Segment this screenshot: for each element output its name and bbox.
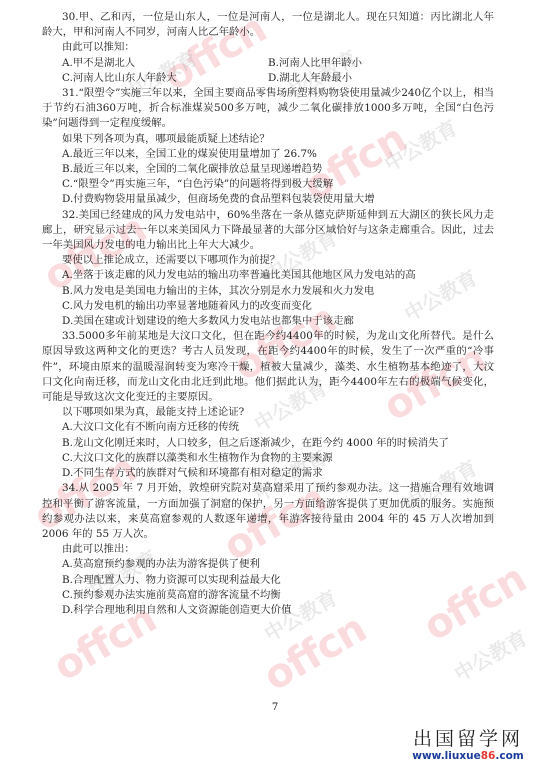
- option-c: C.风力发电机的输出功率显著地随着风力的改变而变化: [42, 299, 494, 314]
- question-stem: 31.“限塑令”实施三年以来，全国主要商品零售场所塑料购物袋使用量减少240亿个…: [42, 86, 494, 132]
- question-30: 30.甲、乙和丙，一位是山东人，一位是河南人，一位是湖北人。现在只知道：丙比湖北…: [42, 10, 494, 86]
- option-row: A.甲不是湖北人 B.河南人比甲年龄小: [42, 56, 494, 71]
- option-d: D.付费购物袋用量虽减少，但商场免费的食品塑料包装袋使用量大增: [42, 192, 494, 207]
- logo-url-prefix: www.liuxue: [412, 750, 480, 762]
- option-d: D.湖北人年龄最小: [268, 71, 474, 86]
- question-33: 33.5000多年前某地是大汶口文化，但在距今约4400年的时候，为龙山文化所替…: [42, 329, 494, 481]
- option-c: C.“限塑令”再实施三年，“白色污染”的问题将得到极大缓解: [42, 177, 494, 192]
- option-c: C.河南人比山东人年龄大: [62, 71, 268, 86]
- question-prompt: 由此可以推出：: [42, 542, 494, 557]
- option-c: C.大汶口文化的族群以藻类和水生植物作为食物的主要来源: [42, 451, 494, 466]
- logo-url-number: 86: [481, 750, 496, 762]
- option-d: D.科学合理地利用自然和人文资源能创造更大价值: [42, 603, 494, 618]
- question-stem: 34.从 2005 年 7 月开始，敦煌研究院对莫高窟采用了预约参观办法。这一措…: [42, 481, 494, 542]
- option-b: B.风力发电是美国电力输出的主体，其次分别是水力发展和火力发电: [42, 284, 494, 299]
- option-a: A.甲不是湖北人: [62, 56, 268, 71]
- logo-title: 出国留学网: [393, 728, 543, 750]
- option-b: B.河南人比甲年龄小: [268, 56, 474, 71]
- logo-url[interactable]: www.liuxue86.com: [393, 750, 543, 762]
- question-34: 34.从 2005 年 7 月开始，敦煌研究院对莫高窟采用了预约参观办法。这一措…: [42, 481, 494, 618]
- option-d: D.美国在建或计划建设的绝大多数风力发电站也都集中于该走廊: [42, 314, 494, 329]
- question-stem: 32.美国已经建成的风力发电站中，60%坐落在一条从德克萨斯延伸到五大湖区的狭长…: [42, 208, 494, 254]
- option-a: A.大汶口文化有不断向南方迁移的传统: [42, 420, 494, 435]
- option-c: C.预约参观办法实施前莫高窟的游客流量不均衡: [42, 588, 494, 603]
- option-a: A.莫高窟预约参观的办法为游客提供了便利: [42, 557, 494, 572]
- question-32: 32.美国已经建成的风力发电站中，60%坐落在一条从德克萨斯延伸到五大湖区的狭长…: [42, 208, 494, 330]
- question-prompt: 由此可以推知：: [42, 40, 494, 55]
- option-a: A.最近三年以来，全国工业的煤炭使用量增加了 26.7%: [42, 147, 494, 162]
- question-prompt: 如果下列各项为真，哪项最能质疑上述结论？: [42, 132, 494, 147]
- watermark-offcn: offcn: [256, 606, 374, 701]
- question-31: 31.“限塑令”实施三年以来，全国主要商品零售场所塑料购物袋使用量减少240亿个…: [42, 86, 494, 208]
- question-prompt: 以下哪项如果为真，最能支持上述论证?: [42, 405, 494, 420]
- question-stem: 33.5000多年前某地是大汶口文化，但在距今约4400年的时候，为龙山文化所替…: [42, 329, 494, 405]
- option-row: C.河南人比山东人年龄大 D.湖北人年龄最小: [42, 71, 494, 86]
- option-a: A.坐落于该走廊的风力发电站的输出功率普遍比美国其他地区风力发电站的高: [42, 268, 494, 283]
- watermark-zhonggong: 中公教育: [448, 622, 532, 687]
- document-page: offcn offcn offcn offcn offcn offcn offc…: [0, 0, 550, 767]
- option-b: B.最近三年以来，全国的二氧化碳排放总量呈现递增趋势: [42, 162, 494, 177]
- option-d: D.不同生存方式的族群对气候和环境都有相对稳定的需求: [42, 466, 494, 481]
- question-stem: 30.甲、乙和丙，一位是山东人，一位是河南人，一位是湖北人。现在只知道：丙比湖北…: [42, 10, 494, 40]
- logo-url-suffix: .com: [495, 750, 523, 762]
- footer-logo[interactable]: 出国留学网 www.liuxue86.com: [393, 728, 543, 762]
- page-number: 7: [0, 702, 550, 713]
- option-b: B.龙山文化刚迁来时，人口较多，但之后逐渐减少，在距今约 4000 年的时候消失…: [42, 436, 494, 451]
- option-b: B.合理配置人力、物力资源可以实现利益最大化: [42, 573, 494, 588]
- question-prompt: 要使以上推论成立，还需要以下哪项作为前提？: [42, 253, 494, 268]
- questions-content: 30.甲、乙和丙，一位是山东人，一位是河南人，一位是湖北人。现在只知道：丙比湖北…: [42, 10, 494, 618]
